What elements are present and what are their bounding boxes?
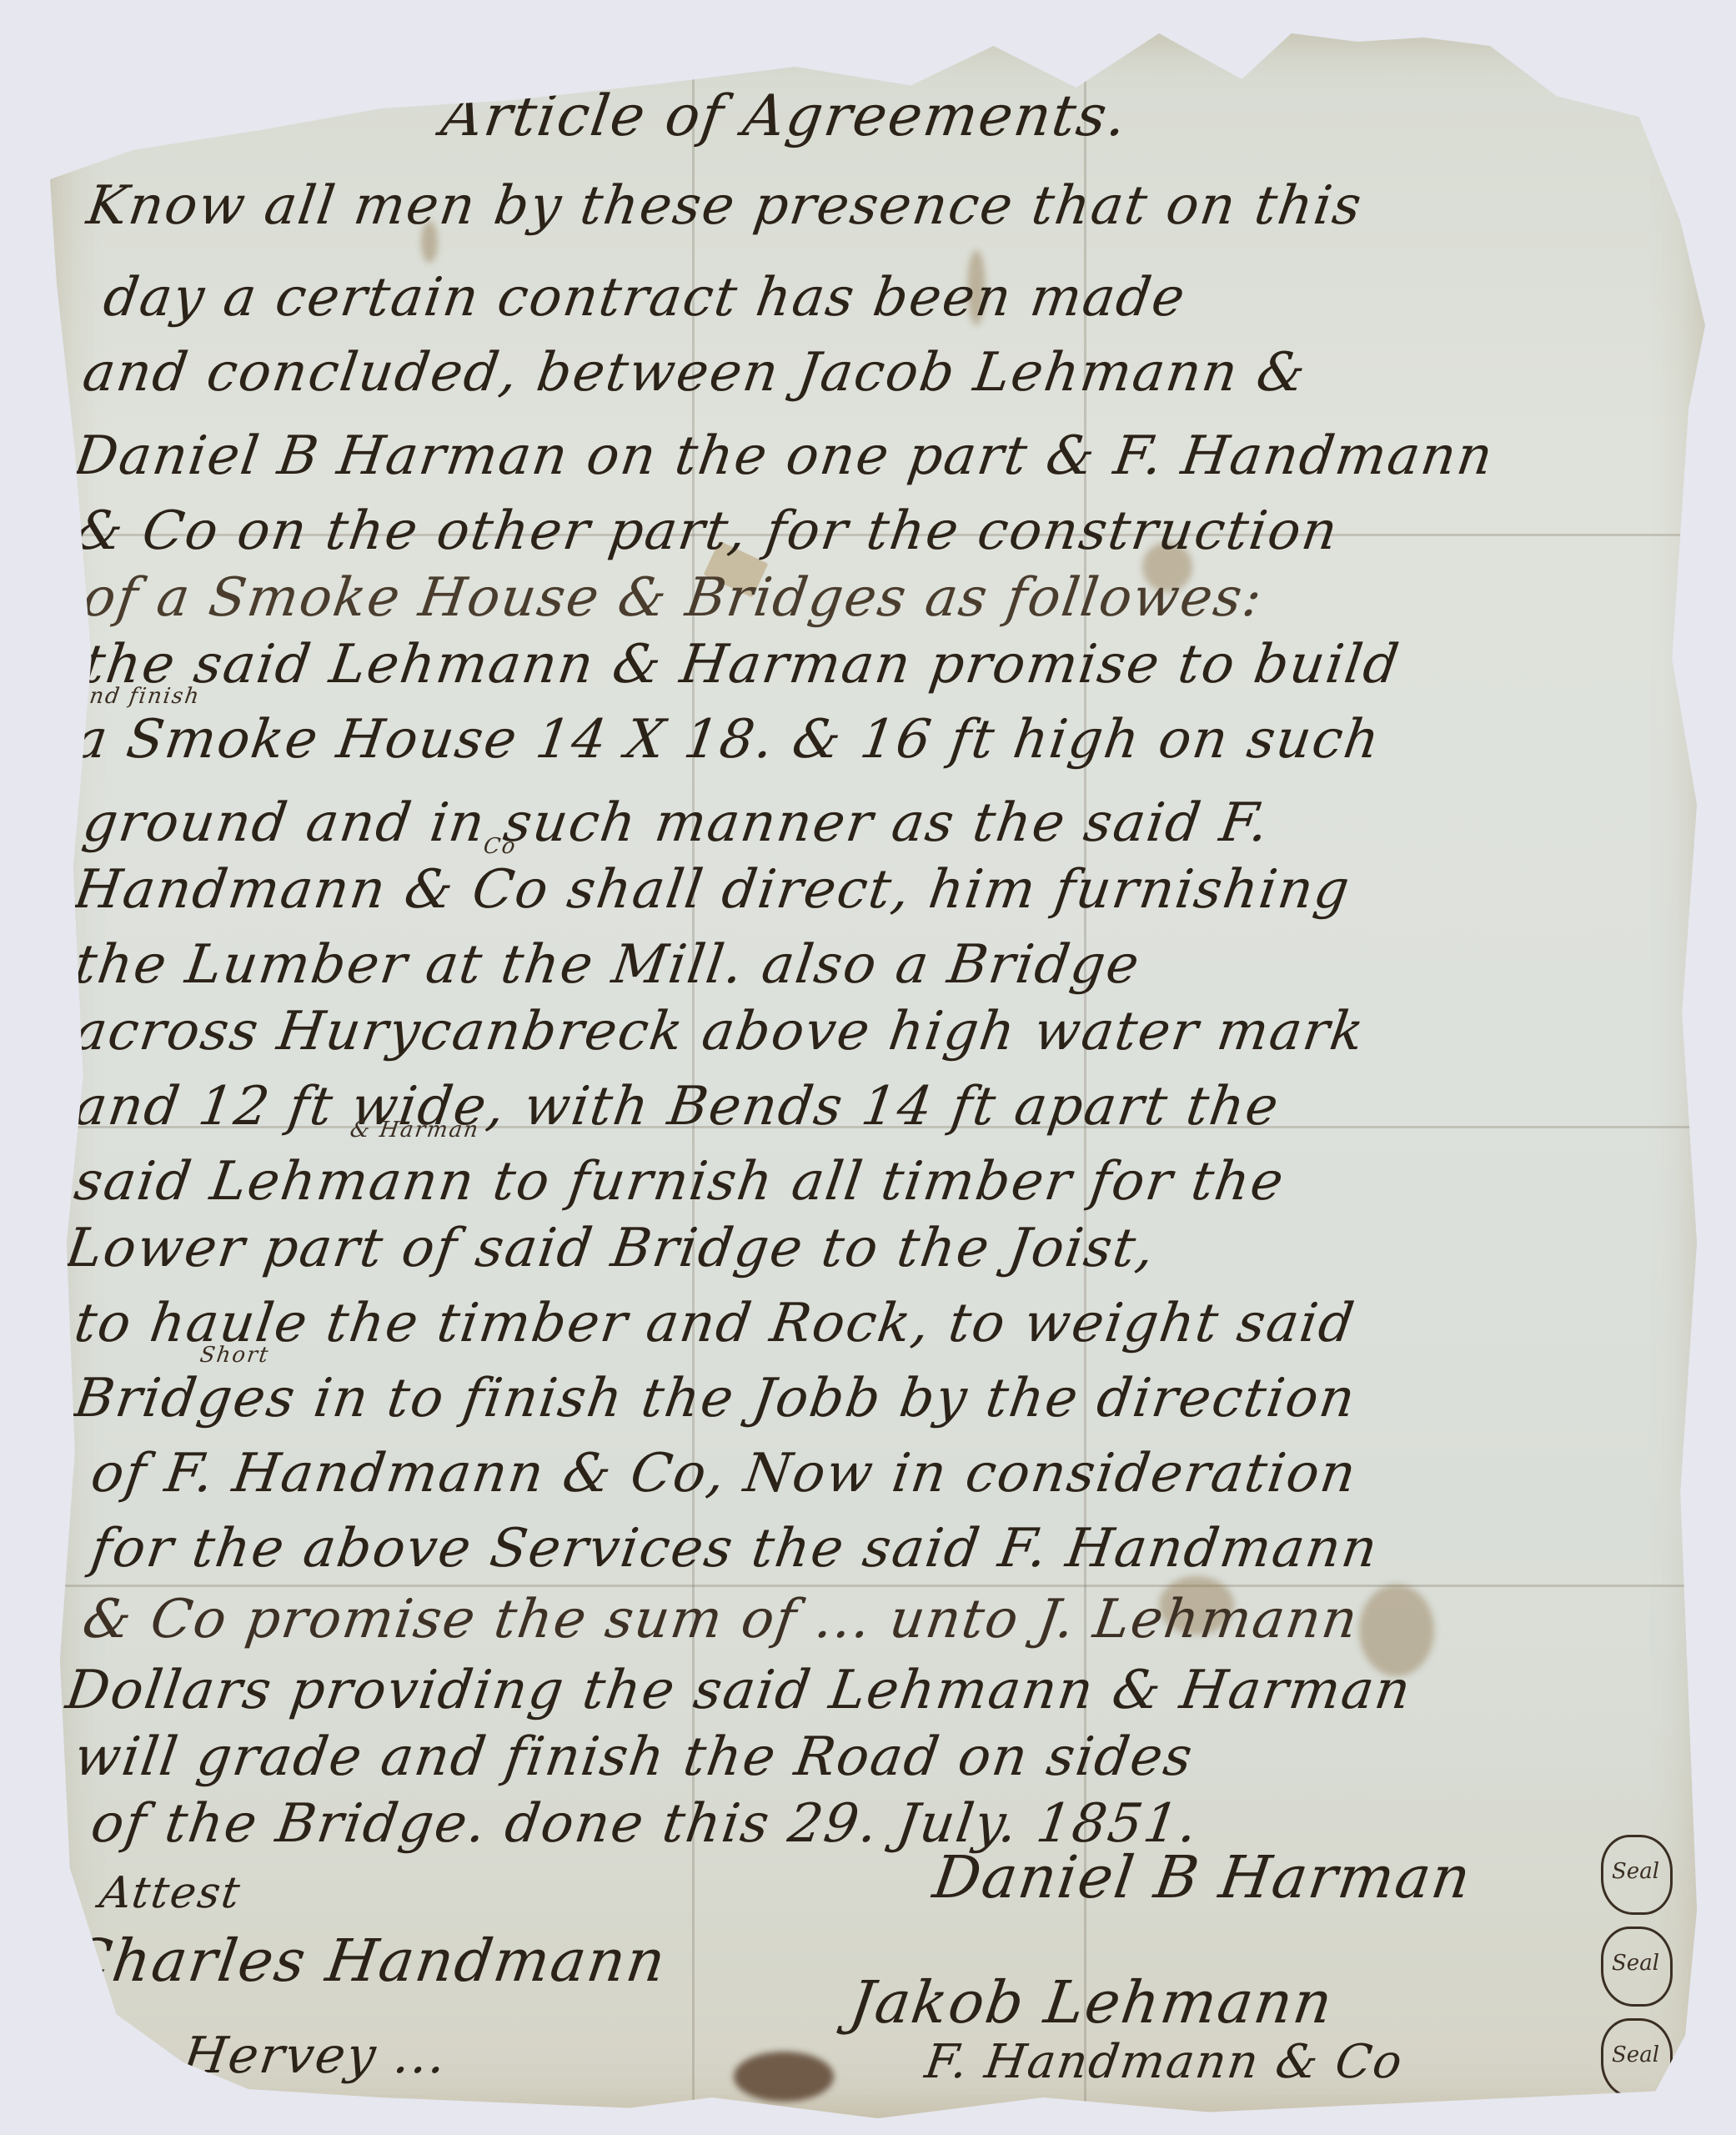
text-line: will grade and finish the Road on sides — [71, 1726, 1197, 1788]
text-line: Lower part of said Bridge to the Joist, — [63, 1218, 1160, 1279]
seal-label: Seal — [1612, 1859, 1659, 1884]
text-line: day a certain contract has been made — [100, 267, 1190, 329]
text-line: Bridges in to finish the Jobb by the dir… — [71, 1368, 1360, 1429]
seal-label: Seal — [1612, 1951, 1659, 1976]
manuscript-page: Article of Agreements. Know all men by t… — [50, 33, 1705, 2118]
text-line: Know all men by these presence that on t… — [83, 175, 1367, 237]
text-line: & Co promise the sum of ... unto J. Lehm… — [79, 1589, 1362, 1650]
text-line: of F. Handmann & Co, Now in consideratio… — [88, 1443, 1361, 1505]
text-line: Handmann & Co shall direct, him furnishi… — [71, 859, 1355, 921]
fold-line — [50, 1585, 1705, 1587]
interlineation: Co — [482, 834, 519, 859]
seal-mark: Seal — [1601, 2018, 1673, 2098]
witness-signature: Hervey ... — [179, 2027, 451, 2085]
text-line: the Lumber at the Mill. also a Bridge — [71, 934, 1144, 996]
text-line: across Hurycanbreck above high water mar… — [71, 1001, 1369, 1062]
text-line: the said Lehmann & Harman promise to bui… — [79, 634, 1404, 696]
interlineation: and finish — [73, 684, 202, 709]
text-line: said Lehmann to furnish all timber for t… — [71, 1151, 1289, 1213]
text-line: ground and in such manner as the said F. — [79, 792, 1274, 854]
text-line: Dollars providing the said Lehmann & Har… — [63, 1660, 1416, 1721]
party-signature: Jakob Lehmann — [845, 1968, 1337, 2037]
document-title: Article of Agreements. — [437, 83, 1131, 149]
text-line: and 12 ft wide, with Bends 14 ft apart t… — [71, 1076, 1283, 1138]
seal-label: Seal — [1612, 2042, 1659, 2067]
attest-label: Attest — [97, 1868, 244, 1918]
party-signature: Daniel B Harman — [929, 1843, 1476, 1911]
seal-mark: Seal — [1601, 1927, 1673, 2007]
witness-signature: Charles Handmann — [62, 1927, 670, 1995]
text-line: of a Smoke House & Bridges as followes: — [79, 567, 1267, 629]
text-line: for the above Services the said F. Handm… — [88, 1518, 1382, 1580]
text-line: & Co on the other part, for the construc… — [71, 500, 1342, 562]
text-line: Daniel B Harman on the one part & F. Han… — [71, 425, 1498, 487]
ink-stain — [734, 2052, 834, 2102]
interlineation: & Harman — [349, 1118, 481, 1143]
interlineation: Short — [198, 1343, 271, 1368]
text-line: a Smoke House 14 X 18. & 16 ft high on s… — [71, 709, 1385, 771]
seal-mark: Seal — [1601, 1835, 1673, 1915]
text-line: and concluded, between Jacob Lehmann & — [79, 342, 1311, 404]
party-signature: F. Handmann & Co — [921, 2035, 1407, 2089]
